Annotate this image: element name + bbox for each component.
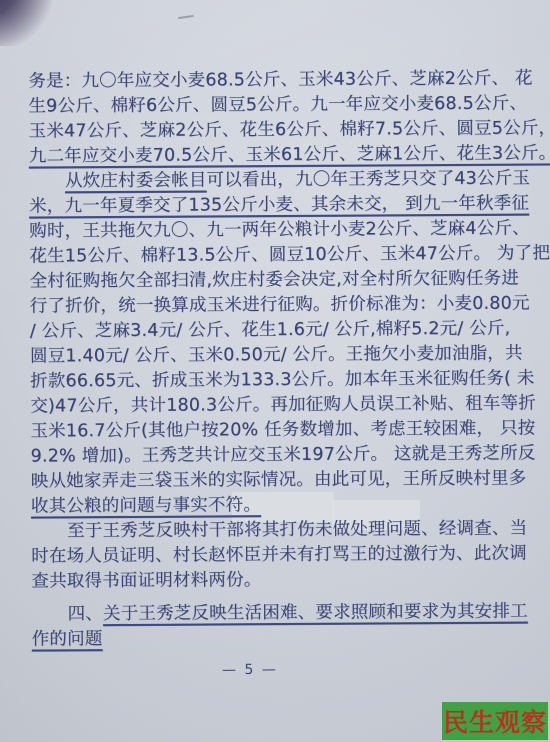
text-segment: 生9公斤、棉籽6公斤、圆豆5公斤。九一年应交小麦68.5公斤、 — [28, 93, 527, 116]
text-line: 至于王秀芝反映村干部将其打伤未做处理问题、经调查、当 — [31, 516, 531, 544]
text-segment: 9.2% 增加)。王秀芝共计应交玉米197公斤。 这就是王秀芝所反 — [31, 443, 536, 466]
text-line: 映从她家弄走三袋玉米的实际情况。由此可见，王所反映村里多 — [31, 466, 531, 494]
text-segment: 交)47公斤，共计180.3公斤。再加征购人员误工补贴、租车等折 — [30, 393, 536, 416]
text-line: 从炊庄村委会帐目可以看出，九〇年王秀芝只交了43公斤玉 — [29, 166, 529, 194]
text-line: 查共取得书面证明材料两份。 — [31, 566, 531, 594]
underlined-text: 米，九一年夏季交了135公斤小麦、其余未交， 到九一年秋季征 — [29, 193, 529, 216]
page-corner-shadow — [0, 0, 63, 46]
text-line: 时在场人员证明、村长赵怀臣并未有打骂王的过激行为、此次调 — [31, 541, 531, 569]
watermark-badge: 民生观察 — [442, 702, 548, 740]
text-segment: 映从她家弄走三袋玉米的实际情况。由此可见，王所反映村里多 — [31, 468, 527, 491]
text-line: / 公斤、芝麻3.4元/ 公斤、花生1.6元/ 公斤,棉籽5.2元/ 公斤, — [30, 316, 530, 344]
text-segment: 时在场人员证明、村长赵怀臣并未有打骂王的过激行为、此次调 — [31, 543, 527, 566]
document-text: 务是：九〇年应交小麦68.5公斤、玉米43公斤、芝麻2公斤、 花生9公斤、棉籽6… — [28, 66, 532, 652]
text-line: 务是：九〇年应交小麦68.5公斤、玉米43公斤、芝麻2公斤、 花 — [28, 66, 528, 94]
stray-mark — [178, 15, 194, 19]
text-segment: 玉米47公斤、芝麻2公斤、花生6公斤、棉籽7.5公斤、圆豆5公斤， — [29, 118, 550, 141]
text-segment: 圆豆1.40元/ 公斤、玉米0.50元/ 公斤。王拖欠小麦加油脂，共 — [30, 344, 523, 367]
text-segment: 至于王秀芝反映村干部将其打伤未做处理问题、经调查、当 — [67, 518, 527, 541]
page-number: — 5 — — [222, 662, 278, 678]
text-segment: 可以看出，九〇年王秀芝只交了43公斤玉 — [206, 168, 530, 190]
text-line: 9.2% 增加)。王秀芝共计应交玉米197公斤。 这就是王秀芝所反 — [31, 441, 531, 469]
text-segment: / 公斤、芝麻3.4元/ 公斤、花生1.6元/ 公斤,棉籽5.2元/ 公斤, — [30, 319, 511, 342]
text-line: 行了折价，统一换算成玉米进行征购。折价标准为：小麦0.80元 — [30, 291, 530, 319]
text-line: 购时，王共拖欠九〇、九一两年公粮计小麦2公斤、芝麻4公斤、 — [29, 216, 529, 244]
text-line: 圆豆1.40元/ 公斤、玉米0.50元/ 公斤。王拖欠小麦加油脂，共 — [30, 341, 530, 369]
watermark-label: 民生观察 — [443, 703, 547, 739]
text-segment: 务是：九〇年应交小麦68.5公斤、玉米43公斤、芝麻2公斤、 花 — [28, 68, 532, 91]
text-line: 玉米47公斤、芝麻2公斤、花生6公斤、棉籽7.5公斤、圆豆5公斤， — [29, 116, 529, 144]
underlined-text: 从炊庄村委会帐目 — [65, 170, 207, 191]
document-photo: 务是：九〇年应交小麦68.5公斤、玉米43公斤、芝麻2公斤、 花生9公斤、棉籽6… — [0, 0, 550, 742]
text-segment: 全村征购拖欠全部扫清,炊庄村委会决定,对全村所欠征购任务进 — [29, 269, 519, 292]
text-line: 收其公粮的问题与事实不符。 — [31, 491, 531, 519]
text-segment: 折款66.65元、折成玉米为133.3公斤。加本年玉米征购任务( 未 — [30, 368, 535, 391]
text-segment: 购时，王共拖欠九〇、九一两年公粮计小麦2公斤、芝麻4公斤、 — [29, 218, 530, 241]
text-segment: 行了折价，统一换算成玉米进行征购。折价标准为：小麦0.80元 — [30, 293, 530, 316]
text-segment: 花生15公斤、棉籽13.5公斤、圆豆10公斤、玉米47公斤。 为了把 — [29, 243, 550, 266]
text-segment: 四、 — [67, 604, 103, 624]
underlined-text: 作的问题 — [32, 629, 103, 649]
text-line: 花生15公斤、棉籽13.5公斤、圆豆10公斤、玉米47公斤。 为了把 — [29, 241, 529, 269]
text-line: 玉米16.7公斤(其他户按20% 任务数增加、考虑王较困难， 只按 — [30, 416, 530, 444]
text-segment: 查共取得书面证明材料两份。 — [31, 570, 261, 591]
text-line: 折款66.65元、折成玉米为133.3公斤。加本年玉米征购任务( 未 — [30, 366, 530, 394]
underlined-text: 九二年应交小麦70.5公斤、玉米61公斤、芝麻1公斤、花生3公斤。 — [29, 143, 550, 166]
text-line: 全村征购拖欠全部扫清,炊庄村委会决定,对全村所欠征购任务进 — [29, 266, 529, 294]
text-line: 米，九一年夏季交了135公斤小麦、其余未交， 到九一年秋季征 — [29, 191, 529, 219]
text-line: 生9公斤、棉籽6公斤、圆豆5公斤。九一年应交小麦68.5公斤、 — [28, 91, 528, 119]
text-segment: 玉米16.7公斤(其他户按20% 任务数增加、考虑王较困难， 只按 — [30, 418, 535, 441]
text-line: 四、关于王秀芝反映生活困难、要求照顾和要求为其安排工 — [31, 599, 531, 627]
underlined-text: 关于王秀芝反映生活困难、要求照顾和要求为其安排工 — [103, 601, 528, 624]
text-line: 交)47公斤，共计180.3公斤。再加征购人员误工补贴、租车等折 — [30, 391, 530, 419]
text-line: 九二年应交小麦70.5公斤、玉米61公斤、芝麻1公斤、花生3公斤。 — [29, 141, 529, 169]
text-line: 作的问题 — [32, 624, 532, 652]
underlined-text: 收其公粮的问题与事实不符。 — [31, 495, 261, 516]
